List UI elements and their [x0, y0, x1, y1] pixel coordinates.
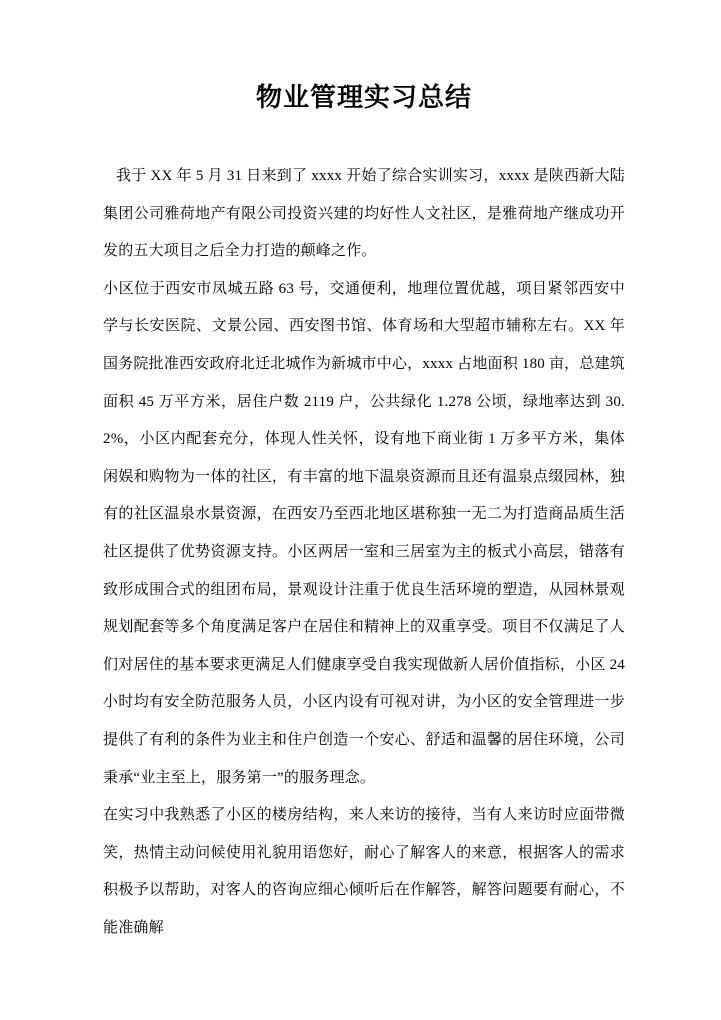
document-page: 物业管理实习总结 我于 XX 年 5 月 31 日来到了 xxxx 开始了综合实… [0, 0, 721, 1020]
paragraph-intro: 我于 XX 年 5 月 31 日来到了 xxxx 开始了综合实训实习，xxxx … [103, 158, 625, 271]
document-body: 我于 XX 年 5 月 31 日来到了 xxxx 开始了综合实训实习，xxxx … [103, 158, 625, 947]
document-title: 物业管理实习总结 [103, 76, 625, 120]
paragraph-community-description: 小区位于西安市凤城五路 63 号，交通便利，地理位置优越，项目紧邻西安中学与长安… [103, 271, 625, 797]
paragraph-internship-experience: 在实习中我熟悉了小区的楼房结构，来人来访的接待，当有人来访时应面带微笑，热情主动… [103, 797, 625, 947]
